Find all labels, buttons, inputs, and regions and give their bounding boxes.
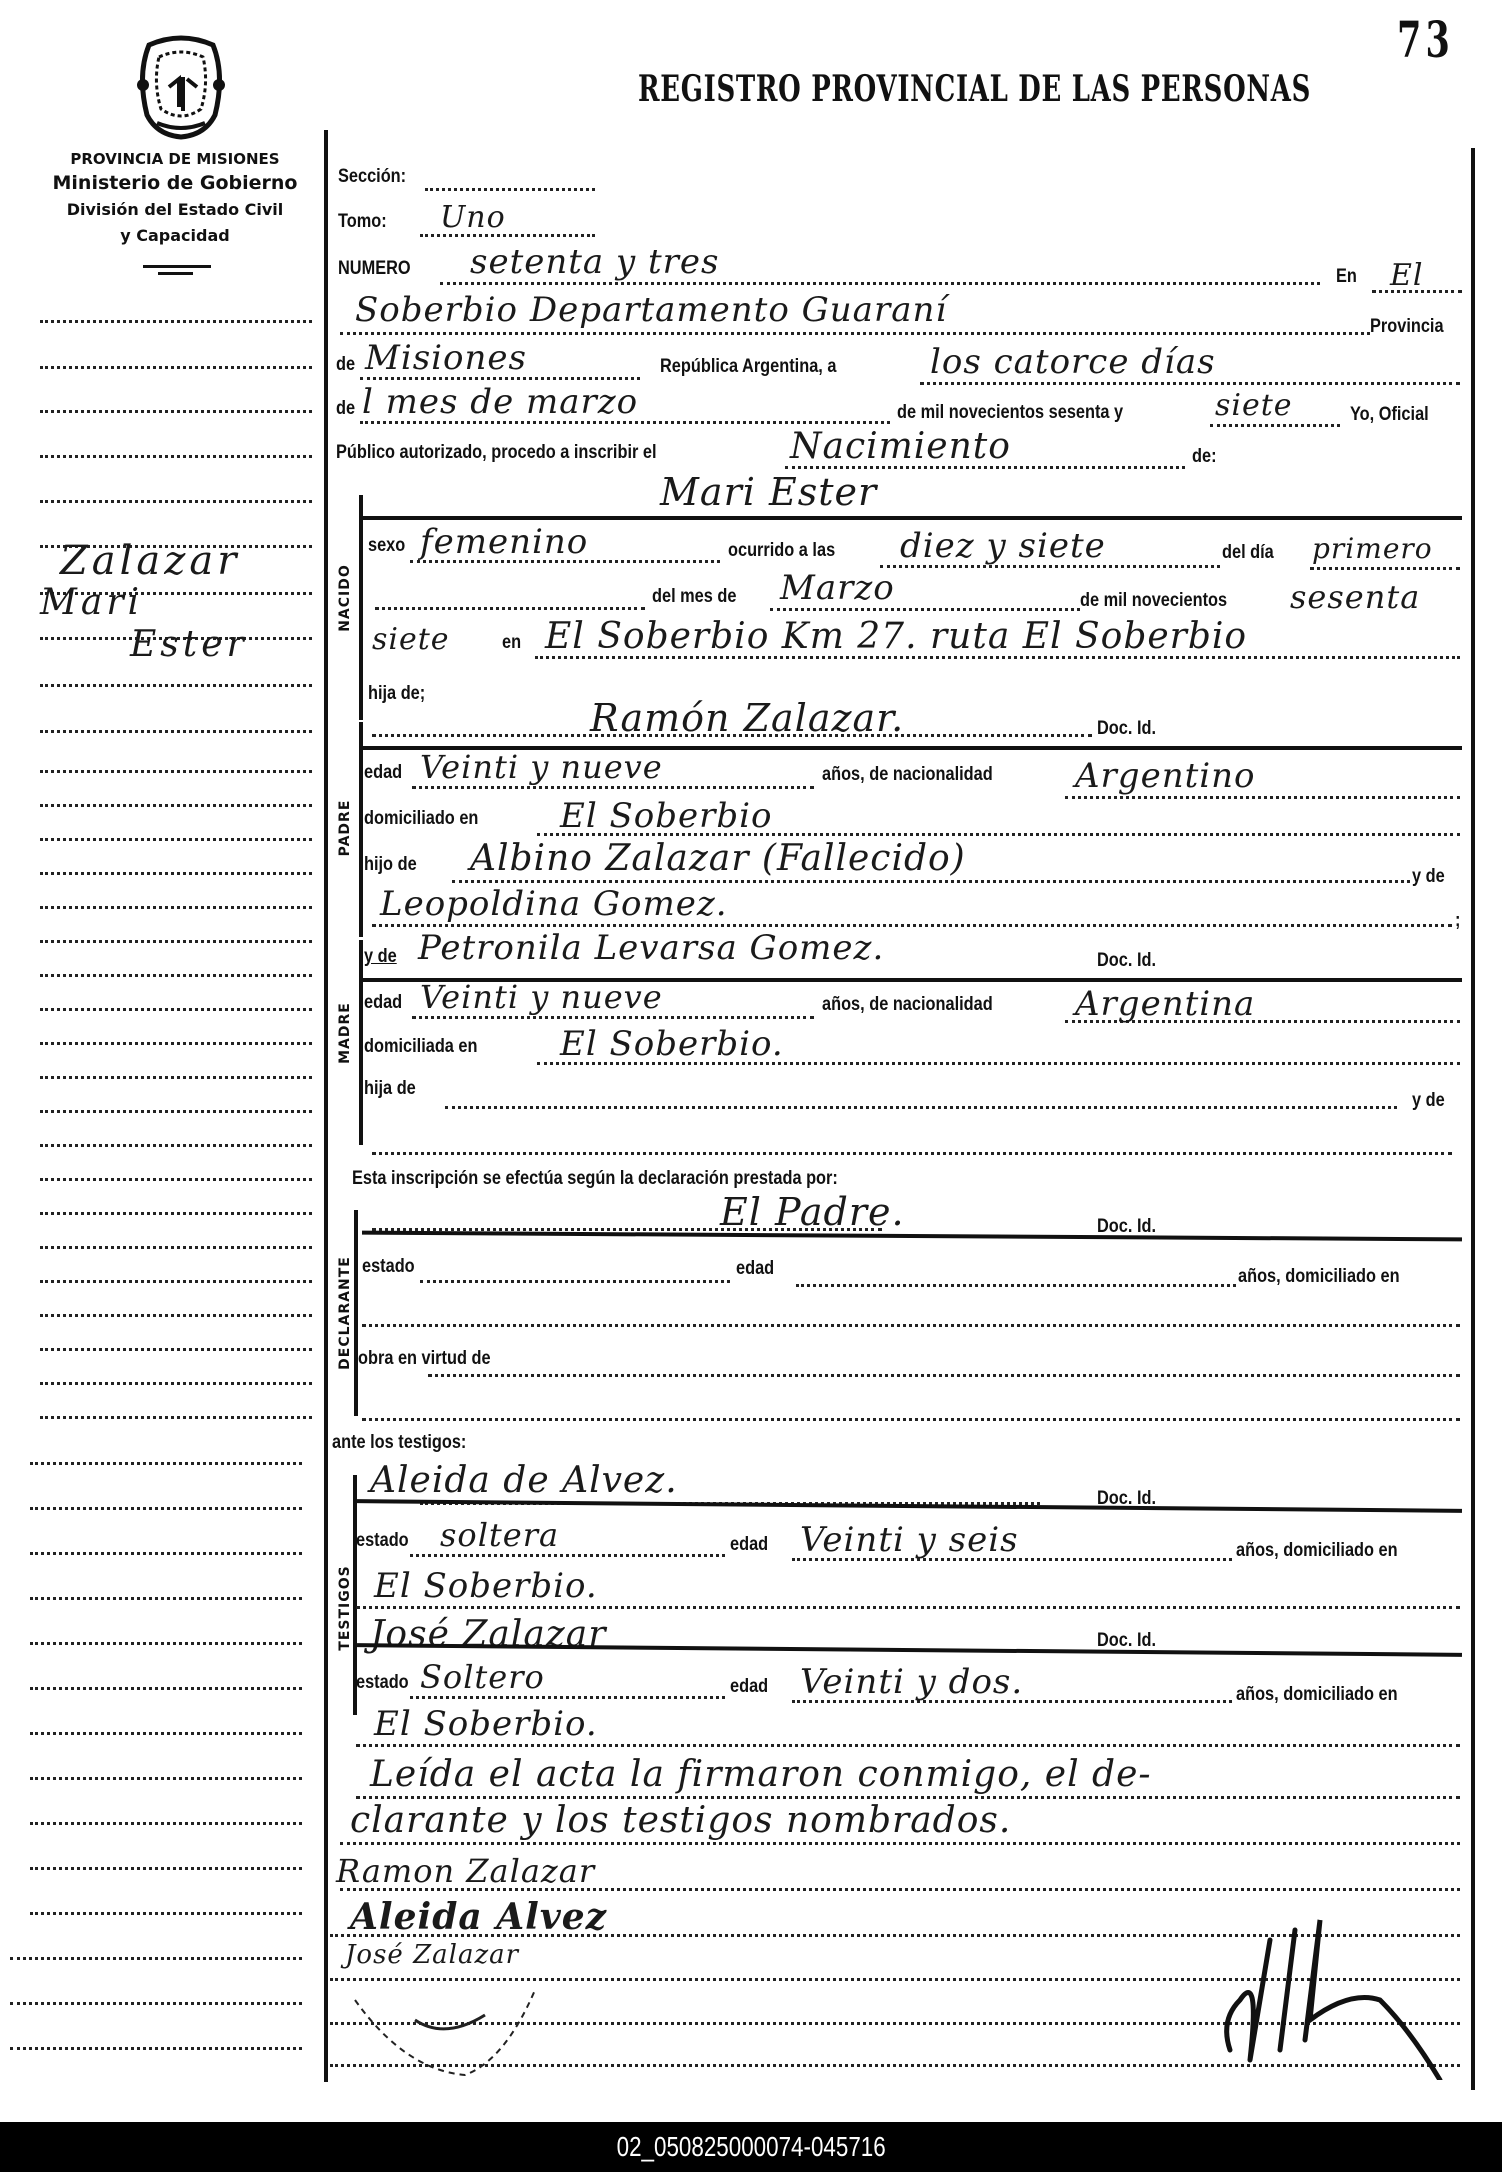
lugar-nac-value: El Soberbio Km 27. ruta El Soberbio: [545, 616, 1247, 657]
sexo-value: femenino: [420, 522, 588, 562]
declarante-section-label: DECLARANTE: [337, 1243, 353, 1383]
closing-text-2: clarante y los testigos nombrados.: [350, 1800, 1011, 1841]
seccion-field[interactable]: [425, 188, 595, 191]
padre-nombre-value: Ramón Zalazar.: [590, 696, 904, 740]
madre-yde-label: y de: [364, 946, 397, 968]
declarante-obra-label: obra en virtud de: [358, 1348, 491, 1370]
numero-value: setenta y tres: [470, 242, 720, 282]
sexo-label: sexo: [368, 535, 405, 557]
closing-line-2: [340, 1842, 1460, 1845]
lugar-field[interactable]: [340, 332, 1370, 335]
agency-ministry: Ministerio de Gobierno: [30, 172, 320, 194]
declarante-rule: [362, 1231, 1462, 1242]
agency-underline: [143, 265, 211, 268]
testigo-2-dom-value: El Soberbio.: [374, 1704, 598, 1744]
madre-yde-label-2: y de: [1412, 1090, 1445, 1112]
testigo-2-estado-value: Soltero: [420, 1658, 545, 1696]
margin-surname: Zalazar: [60, 538, 240, 584]
main-left-border: [324, 130, 328, 2082]
tomo-label: Tomo:: [338, 211, 387, 233]
republica-label: República Argentina, a: [660, 356, 836, 378]
madre-nac-label: años, de nacionalidad: [822, 994, 993, 1016]
margin-given-name-1: Mari: [40, 582, 143, 623]
padre-nac-value: Argentino: [1075, 756, 1256, 796]
anio-nac-value-2: siete: [372, 622, 450, 657]
en-value: El: [1390, 258, 1424, 293]
padre-hijo-label: hijo de: [364, 854, 417, 876]
testigo-1-dom-label: años, domiciliado en: [1236, 1540, 1398, 1562]
madre-dom-label: domiciliada en: [364, 1036, 478, 1058]
madre-hija-field[interactable]: [445, 1106, 1397, 1109]
seccion-label: Sección:: [338, 166, 406, 188]
hora-value: diez y siete: [900, 526, 1106, 566]
madre-edad-value: Veinti y nueve: [420, 978, 663, 1016]
testigo-1-estado-value: soltera: [440, 1516, 559, 1554]
testigo-1-edad-value: Veinti y seis: [800, 1520, 1019, 1560]
padre-edad-value: Veinti y nueve: [420, 748, 663, 786]
declarante-edad-field[interactable]: [796, 1284, 1236, 1287]
signature-testigo-1: Aleida Alvez: [350, 1896, 607, 1938]
testigo-1-nombre-value: Aleida de Alvez.: [370, 1460, 678, 1501]
provincia-label: Provincia: [1370, 316, 1444, 338]
dia-nac-field[interactable]: [1310, 567, 1460, 570]
nombre-rule: [362, 516, 1462, 520]
madre-section-label: MADRE: [337, 993, 353, 1073]
madre-edad-label: edad: [364, 992, 402, 1014]
dia-label: del día: [1222, 542, 1274, 564]
dia-nac-value: primero: [1312, 532, 1433, 565]
document-title: REGISTRO PROVINCIAL DE LAS PERSONAS: [638, 68, 1142, 110]
signature-declarante: Ramon Zalazar: [336, 1852, 595, 1890]
padre-yde-label: y de: [1412, 866, 1445, 888]
tomo-value: Uno: [440, 200, 506, 235]
madre-nombre-value: Petronila Levarsa Gomez.: [418, 928, 884, 968]
declarante-dom-field[interactable]: [362, 1324, 1460, 1327]
de-colon-label: de:: [1192, 446, 1217, 468]
de-label-2: de: [336, 398, 355, 420]
anio-value: siete: [1215, 388, 1293, 423]
testigo-1-estado-label: estado: [356, 1530, 409, 1552]
oficial-signature-icon: [1210, 1910, 1450, 2080]
acto-value: Nacimiento: [790, 426, 1011, 467]
official-stamp-icon: [345, 1960, 545, 2085]
scan-id: 02_050825000074-045716: [616, 2122, 885, 2172]
madre-hija-label: hija de: [364, 1078, 416, 1100]
madre-dom-value: El Soberbio.: [560, 1024, 784, 1064]
anio-field[interactable]: [1210, 424, 1340, 427]
testigo-2-doc-label: Doc. Id.: [1097, 1630, 1156, 1652]
closing-text-1: Leída el acta la firmaron conmigo, el de…: [370, 1754, 1152, 1795]
hora-label: ocurrido a las: [728, 540, 835, 562]
mes-nac-value: Marzo: [780, 568, 895, 608]
oficial-label: Yo, Oficial: [1350, 404, 1429, 426]
testigo-2-dom-field[interactable]: [356, 1744, 1460, 1747]
declarante-edad-label: edad: [736, 1258, 774, 1280]
lugar-value: Soberbio Departamento Guaraní: [355, 290, 947, 330]
en-label: En: [1336, 266, 1357, 288]
padre-edad-field[interactable]: [412, 786, 814, 789]
padre-madre-field[interactable]: [372, 924, 1452, 927]
declarante-nombre-value: El Padre.: [720, 1190, 905, 1234]
dia-field[interactable]: [920, 382, 1460, 385]
madre-doc-label: Doc. Id.: [1097, 950, 1156, 972]
anio-nac-label: de mil novecientos: [1080, 590, 1227, 612]
publico-label: Público autorizado, procedo a inscribir …: [336, 442, 657, 464]
mes-label: del mes de: [652, 586, 736, 608]
padre-dom-value: El Soberbio: [560, 796, 773, 836]
numero-field[interactable]: [440, 282, 1320, 285]
testigo-1-edad-label: edad: [730, 1534, 768, 1556]
padre-nac-label: años, de nacionalidad: [822, 764, 993, 786]
agency-underline-2: [158, 272, 193, 275]
testigo-1-dom-value: El Soberbio.: [374, 1566, 598, 1606]
margin-given-name-2: Ester: [130, 624, 248, 665]
testigo-2-edad-value: Veinti y dos.: [800, 1662, 1023, 1702]
anio-nac-value: sesenta: [1290, 578, 1420, 616]
testigos-intro: ante los testigos:: [332, 1432, 466, 1454]
dia-nac-cont-field[interactable]: [375, 607, 645, 610]
oficial-signature-text: Villalba: [1240, 2040, 1244, 2041]
nacido-section-label: NACIDO: [337, 558, 353, 638]
nombre-inscripto: Mari Ester: [660, 470, 877, 514]
declarante-dom-label: años, domiciliado en: [1238, 1266, 1400, 1288]
padre-padre-value: Albino Zalazar (Fallecido): [470, 838, 966, 879]
madre-edad-field[interactable]: [412, 1016, 814, 1019]
hija-de-label: hija de;: [368, 683, 425, 705]
declarante-estado-label: estado: [362, 1256, 415, 1278]
testigo-2-edad-label: edad: [730, 1676, 768, 1698]
declarante-estado-field[interactable]: [420, 1280, 730, 1283]
coat-of-arms-icon: [135, 35, 227, 140]
de-label: de: [336, 354, 355, 376]
padre-padre-field[interactable]: [452, 880, 1410, 883]
madre-bracket: [359, 940, 363, 1145]
agency-division: División del Estado Civil: [40, 200, 310, 219]
padre-section-label: PADRE: [337, 788, 353, 868]
padre-edad-label: edad: [364, 762, 402, 784]
dia-value: los catorce días: [930, 342, 1216, 382]
en-nac-label: en: [502, 632, 521, 654]
padre-madre-value: Leopoldina Gomez.: [380, 884, 728, 924]
padre-semicolon: ;: [1455, 910, 1460, 932]
madre-hija-cont-field[interactable]: [372, 1152, 1452, 1155]
declarante-obra-field[interactable]: [428, 1374, 1460, 1377]
testigo-2-estado-label: estado: [356, 1672, 409, 1694]
padre-bracket: [359, 722, 363, 937]
anio-label: de mil novecientos sesenta y: [897, 402, 1123, 424]
provincia-value: Misiones: [365, 338, 527, 378]
testigos-section-label: TESTIGOS: [337, 1548, 353, 1668]
madre-nac-value: Argentina: [1075, 984, 1255, 1024]
main-right-border: [1471, 148, 1475, 2090]
padre-doc-label: Doc. Id.: [1097, 718, 1156, 740]
testigo-2-dom-label: años, domiciliado en: [1236, 1684, 1398, 1706]
mes-value: l mes de marzo: [362, 382, 638, 422]
declarante-intro: Esta inscripción se efectúa según la dec…: [352, 1168, 838, 1190]
declarante-bracket: [354, 1210, 358, 1416]
declarante-obra-cont-field[interactable]: [362, 1418, 1460, 1421]
scan-id-bar: 02_050825000074-045716: [0, 2122, 1502, 2172]
testigo-1-dom-field[interactable]: [356, 1606, 1460, 1609]
page-number: 73: [1397, 10, 1453, 69]
padre-nac-field[interactable]: [1065, 796, 1460, 799]
agency-division-2: y Capacidad: [40, 226, 310, 245]
testigo-1-estado-field[interactable]: [410, 1554, 725, 1557]
nacido-bracket: [359, 495, 363, 720]
agency-province: PROVINCIA DE MISIONES: [40, 150, 310, 168]
testigo-2-estado-field[interactable]: [410, 1696, 725, 1699]
mes-nac-field[interactable]: [770, 608, 1080, 611]
numero-label: NUMERO: [338, 258, 411, 280]
closing-line-1: [356, 1796, 1460, 1799]
padre-dom-label: domiciliado en: [364, 808, 478, 830]
